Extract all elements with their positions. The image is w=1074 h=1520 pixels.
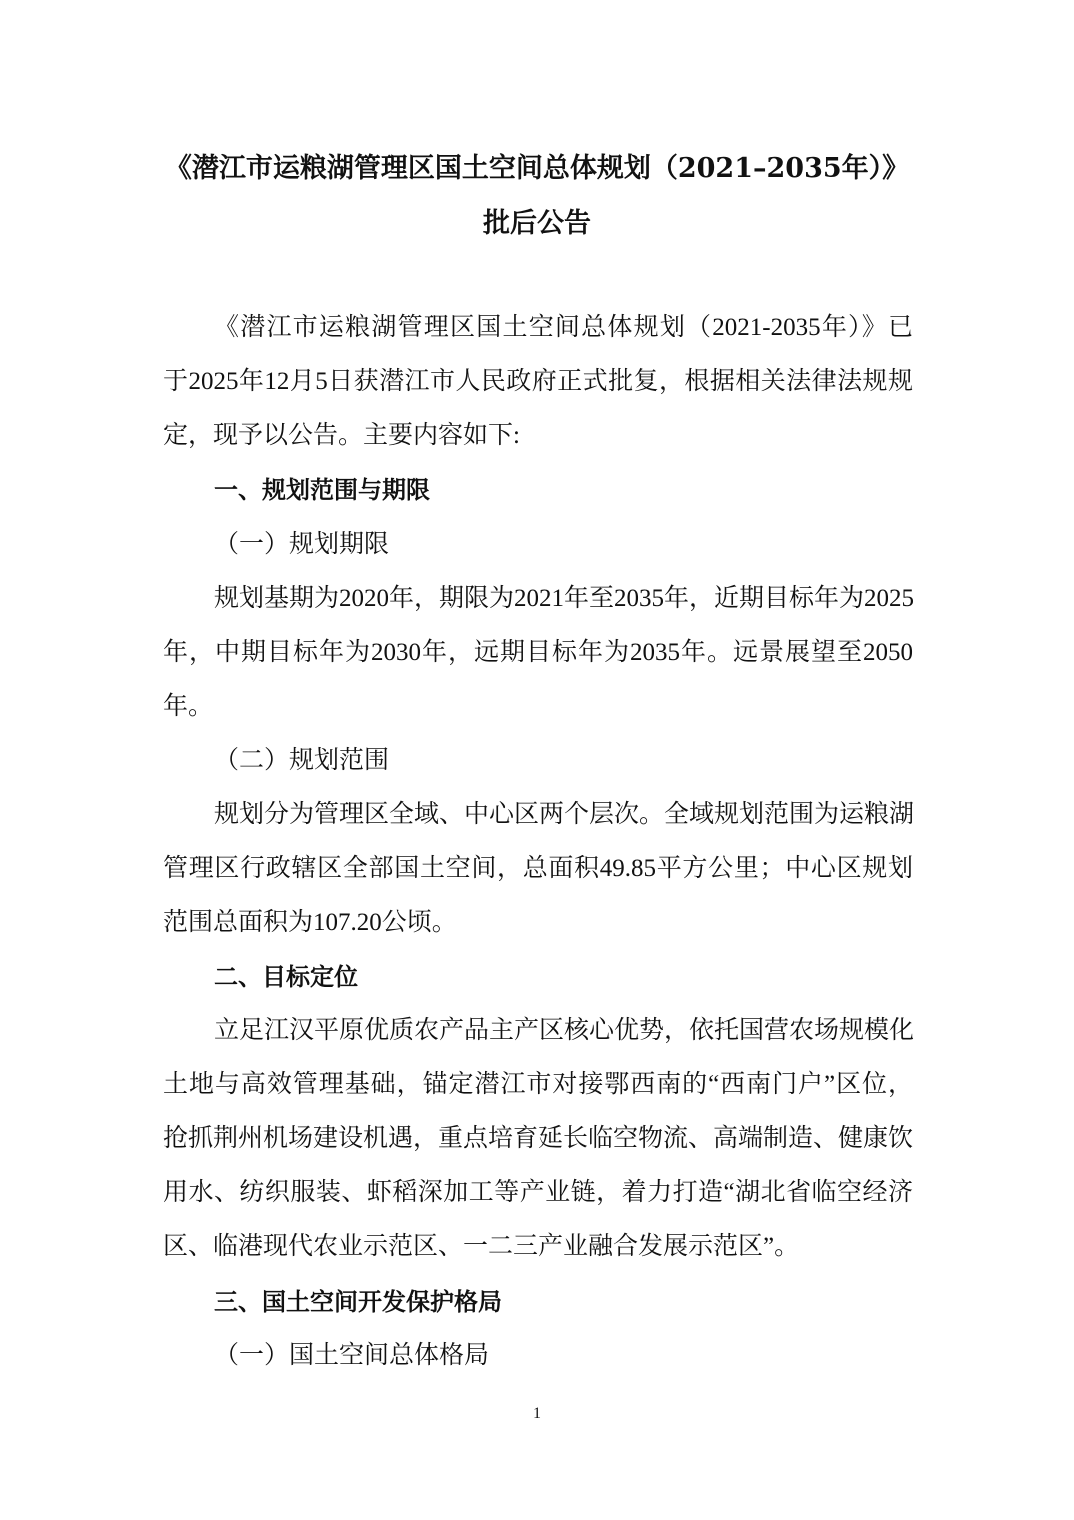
document-page: 《潜江市运粮湖管理区国土空间总体规划（2021–2035年）》 批后公告 《潜江… xyxy=(0,0,1074,1520)
paragraph-line: 规划分为管理区全域、中心区两个层次。全域规划范围为运粮湖 xyxy=(214,800,913,830)
paragraph-line: 立足江汉平原优质农产品主产区核心优势，依托国营农场规模化 xyxy=(214,1016,913,1046)
paragraph-line: 抢抓荆州机场建设机遇，重点培育延长临空物流、高端制造、健康饮 xyxy=(163,1124,913,1154)
document-subtitle: 批后公告 xyxy=(0,201,1074,240)
paragraph-line: 用水、纺织服装、虾稻深加工等产业链，着力打造“湖北省临空经济 xyxy=(163,1178,913,1208)
paragraph-line: 规划基期为2020年，期限为2021年至2035年，近期目标年为2025 xyxy=(214,584,913,614)
paragraph-line: 土地与高效管理基础，锚定潜江市对接鄂西南的“西南门户”区位， xyxy=(163,1070,913,1100)
section-heading-1: 一、规划范围与期限 xyxy=(214,475,430,505)
paragraph-line: 管理区行政辖区全部国土空间，总面积49.85平方公里；中心区规划 xyxy=(163,854,913,884)
page-number: 1 xyxy=(0,1405,1074,1423)
paragraph-line: 范围总面积为107.20公顷。 xyxy=(163,908,913,938)
intro-line-3: 定，现予以公告。主要内容如下: xyxy=(163,421,913,451)
paragraph-line: 区、临港现代农业示范区、一二三产业融合发展示范区”。 xyxy=(163,1232,913,1262)
subsection-heading-1-2: （二）规划范围 xyxy=(214,746,389,776)
subsection-heading-3-1: （一）国土空间总体格局 xyxy=(214,1341,489,1371)
section-heading-2: 二、目标定位 xyxy=(214,962,358,992)
paragraph-line: 年，中期目标年为2030年，远期目标年为2035年。远景展望至2050 xyxy=(163,638,913,668)
subsection-heading-1-1: （一）规划期限 xyxy=(214,530,389,560)
paragraph-line: 年。 xyxy=(163,692,913,722)
intro-line-1: 《潜江市运粮湖管理区国土空间总体规划（2021-2035年）》已 xyxy=(214,313,913,343)
section-heading-3: 三、国土空间开发保护格局 xyxy=(214,1287,502,1317)
document-title: 《潜江市运粮湖管理区国土空间总体规划（2021–2035年）》 xyxy=(0,146,1074,185)
intro-line-2: 于2025年12月5日获潜江市人民政府正式批复，根据相关法律法规规 xyxy=(163,367,913,397)
